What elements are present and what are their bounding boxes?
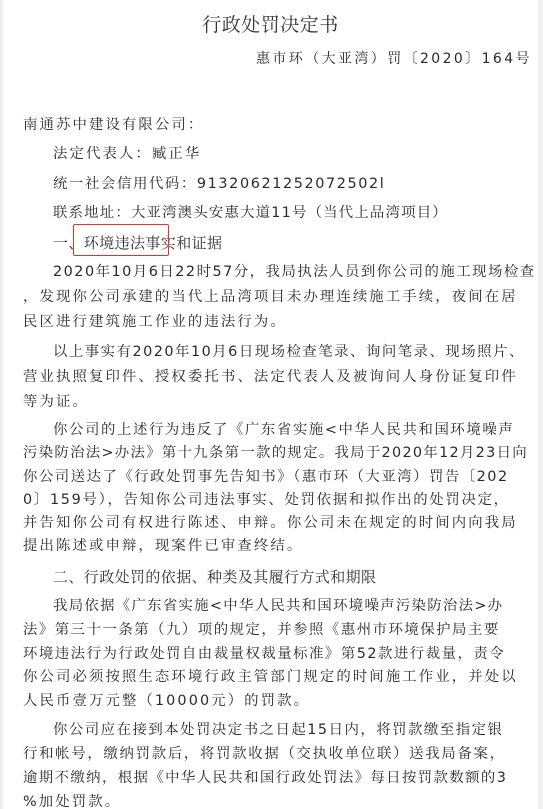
legal-representative: 法定代表人：臧正华 — [53, 145, 201, 163]
credit-code: 统一社会信用代码：91320621252072502l — [53, 175, 385, 193]
paragraph-line: 并告知你公司有权进行陈述、申辩。你公司未在规定的时间内向我局 — [23, 514, 518, 532]
paragraph-line: 人民币壹万元整（10000元）的罚款。 — [23, 692, 310, 710]
recipient-company: 南通苏中建设有限公司： — [23, 116, 204, 134]
document-title: 行政处罚决定书 — [3, 10, 538, 37]
document-page: 行政处罚决定书 惠市环（大亚湾）罚〔2020〕164号 南通苏中建设有限公司： … — [3, 0, 538, 809]
paragraph-line: 污染防治法>办法》第十九条第一款的规定。我局于2020年12月23日向 — [23, 444, 528, 462]
paragraph-line: 你公司送达了《行政处罚事先告知书》（惠市环（大亚湾）罚告〔202 — [23, 468, 509, 486]
highlight-box — [73, 224, 169, 256]
paragraph-line: 营业执照复印件、授权委托书、法定代表人及被询问人身份证复印件 — [23, 368, 518, 386]
paragraph-line: 你公司必须按照生态环境行政主管部门规定的时间施工作业，并处以 — [23, 668, 518, 686]
paragraph-line: 2020年10月6日22时57分，我局执法人员到你公司的施工现场检查 — [53, 263, 536, 281]
paragraph-line: 你公司应在接到本处罚决定书之日起15日内，将罚款缴至指定银 — [53, 721, 503, 739]
paragraph-line: 提出陈述或申辩，现案件已审查终结。 — [23, 537, 303, 555]
paragraph-line: 等为证。 — [23, 393, 89, 411]
paragraph-line: 你公司的上述行为违反了《广东省实施<中华人民共和国环境噪声 — [53, 421, 514, 439]
paragraph-line: 0〕159号），告知你公司违法事实、处罚依据和拟作出的处罚决定， — [23, 491, 510, 509]
paragraph-line: 我局依据《广东省实施<中华人民共和国环境噪声污染防治法>办 — [53, 597, 503, 615]
document-number: 惠市环（大亚湾）罚〔2020〕164号 — [256, 48, 532, 68]
paragraph-line: 法》第三十一条第（九）项的规定，并参照《惠州市环境保护局主要 — [23, 621, 500, 639]
paragraph-line: 逾期不缴纳，根据《中华人民共和国行政处罚法》每日按罚款数额的3 — [23, 769, 507, 787]
contact-address: 联系地址：大亚湾澳头安惠大道11号（当代上品湾项目） — [53, 204, 448, 222]
paragraph-line: 民区进行建筑施工作业的违法行为。 — [23, 313, 287, 331]
paragraph-line: 行和帐号，缴纳罚款后，将罚款收据（交执收单位联）送我局备案， — [23, 745, 506, 763]
paragraph-line: %加处罚款。 — [23, 793, 121, 809]
section-2-heading: 二、行政处罚的依据、种类及其履行方式和期限 — [53, 568, 376, 586]
paragraph-line: 环境违法行为行政处罚自由裁量权裁量标准》第52款进行裁量，责令 — [23, 645, 505, 663]
paragraph-line: 以上事实有2020年10月6日现场检查笔录、询问笔录、现场照片、 — [53, 343, 525, 361]
paragraph-line: ，发现你公司承建的当代上品湾项目未办理连续施工手续，夜间在居 — [23, 288, 518, 306]
